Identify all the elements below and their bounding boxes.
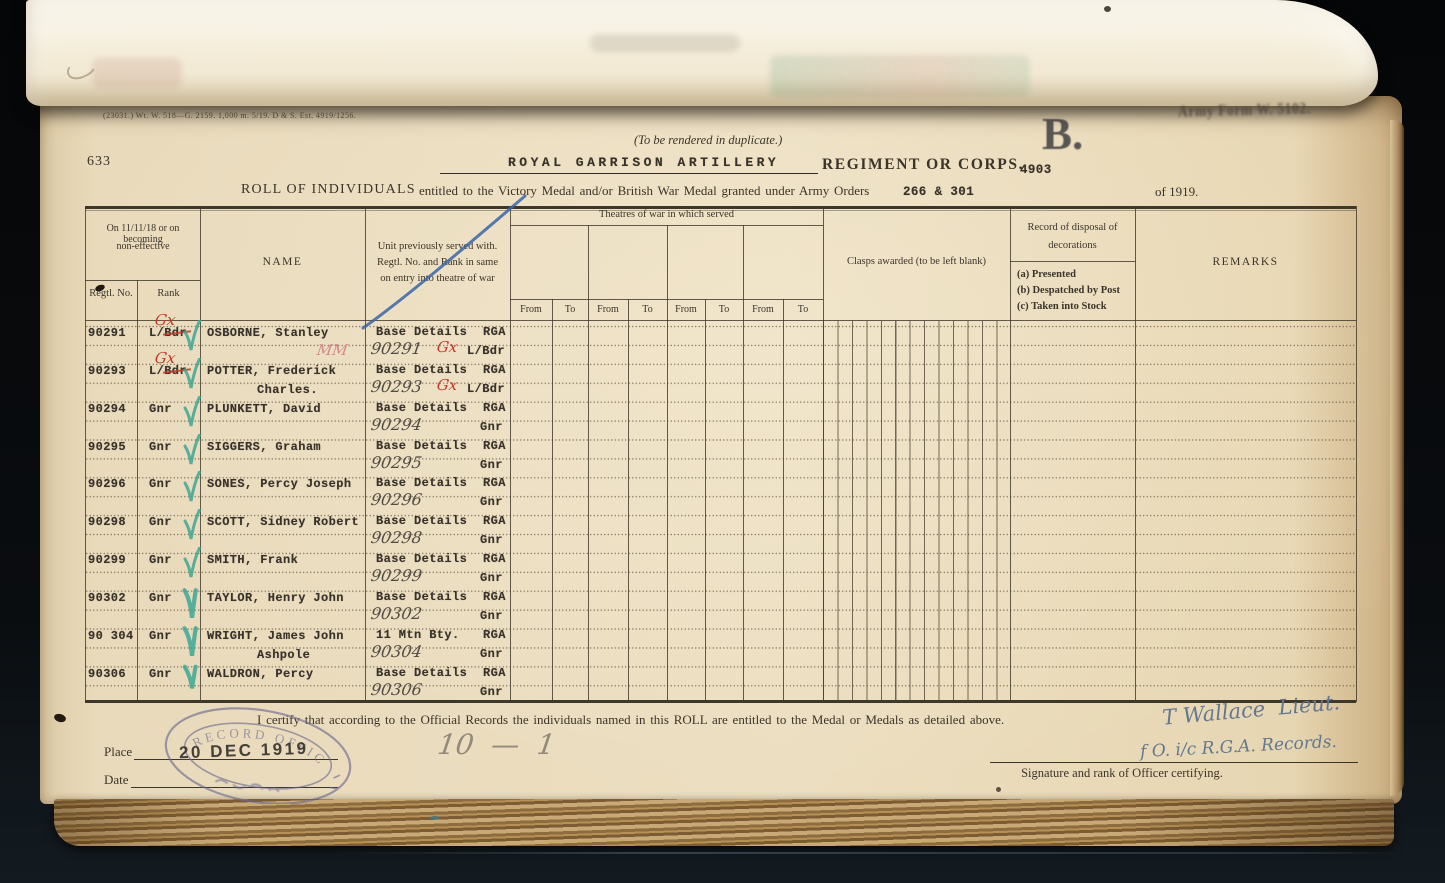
header-disposal-2: decorations	[1010, 240, 1135, 251]
hw-rank: Gnr	[480, 458, 503, 472]
showthrough-smudge	[770, 55, 1030, 97]
unit: 11 Mtn Bty.	[376, 628, 460, 642]
header-to: To	[628, 304, 667, 315]
hw-number: 90296	[370, 490, 424, 509]
rank: Gnr	[149, 440, 172, 454]
soldier-name-2: Ashpole	[257, 648, 310, 662]
regiment-label: REGIMENT OR CORPS.	[822, 156, 1024, 174]
header-bottom-line	[85, 320, 1356, 321]
hw-rank: L/Bdr	[467, 344, 505, 358]
hw-number: 90293	[370, 377, 424, 396]
check-icon	[181, 434, 203, 472]
unit: Base Details	[376, 590, 467, 604]
soldier-name: TAYLOR, Henry John	[207, 591, 344, 605]
paper-speck	[996, 787, 1001, 792]
soldier-name: POTTER, Frederick	[207, 364, 336, 378]
hw-rank: Gnr	[480, 495, 503, 509]
header-to: To	[552, 304, 588, 315]
hw-rank: Gnr	[480, 533, 503, 547]
gx-annotation: Gx	[154, 349, 177, 367]
header-effective-2: non-effective	[88, 241, 198, 252]
rank: Gnr	[149, 667, 172, 681]
header-disposal-a: (a) Presented	[1017, 269, 1076, 280]
book-cover-edge	[330, 852, 1400, 854]
hw-number: 90294	[370, 415, 424, 434]
hw-rank: Gnr	[480, 609, 503, 623]
army-form-number: Army Form W. 5102.	[1178, 99, 1311, 121]
duplicate-note: (To be rendered in duplicate.)	[634, 133, 782, 148]
regtl-no: 90293	[88, 364, 126, 378]
hw-number: 90291	[370, 339, 424, 358]
ink-speck	[430, 816, 439, 820]
soldier-name: WRIGHT, James John	[207, 629, 344, 643]
unit-corps: RGA	[483, 514, 506, 528]
regtl-no: 90298	[88, 515, 126, 529]
table-row: 90298 Gnr SCOTT, Sidney Robert Base Deta…	[85, 514, 1356, 552]
regtl-no: 90 304	[88, 629, 134, 643]
hw-gx: Gx	[436, 338, 459, 356]
unit: Base Details	[376, 476, 467, 490]
header-to: To	[783, 304, 823, 315]
hw-number: 90304	[370, 642, 424, 661]
hw-rank: L/Bdr	[467, 382, 505, 396]
unit-corps: RGA	[483, 476, 506, 490]
hw-rank: Gnr	[480, 571, 503, 585]
unit: Base Details	[376, 666, 467, 680]
table-row: 90302 Gnr TAYLOR, Henry John Base Detail…	[85, 590, 1356, 628]
unit: Base Details	[376, 325, 467, 339]
hw-rank: Gnr	[480, 420, 503, 434]
hw-gx: Gx	[436, 376, 459, 394]
date-label: Date	[104, 772, 129, 788]
table-row: 90294 Gnr PLUNKETT, David Base Details R…	[85, 401, 1356, 439]
table-row: 90295 Gnr SIGGERS, Graham Base Details R…	[85, 439, 1356, 477]
table-row: 90291 L/Bdr Gx OSBORNE, Stanley MM Base …	[85, 325, 1356, 363]
printer-code: (23031.) Wt. W. 518—G. 2159. 1,000 m. 5/…	[103, 111, 356, 120]
header-theatres: Theatres of war in which served	[510, 209, 823, 220]
regiment-underline	[440, 173, 818, 174]
roll-title-year: of 1919.	[1155, 184, 1198, 200]
header-disposal-b: (b) Despatched by Post	[1017, 285, 1120, 296]
soldier-name: SCOTT, Sidney Robert	[207, 515, 359, 529]
regtl-no: 90296	[88, 477, 126, 491]
header-name: NAME	[200, 256, 365, 268]
rank: Gnr	[149, 402, 172, 416]
unit: Base Details	[376, 363, 467, 377]
soldier-name: SIGGERS, Graham	[207, 440, 321, 454]
regtl-no: 90299	[88, 553, 126, 567]
check-icon	[181, 320, 203, 358]
unit-corps: RGA	[483, 590, 506, 604]
unit-corps: RGA	[483, 628, 506, 642]
soldier-name: SONES, Percy Joseph	[207, 477, 351, 491]
certification-text: I certify that according to the Official…	[257, 712, 1087, 728]
signature-caption: Signature and rank of Officer certifying…	[962, 766, 1282, 781]
soldier-name: WALDRON, Percy	[207, 667, 313, 681]
regtl-no: 90302	[88, 591, 126, 605]
hw-number: 90302	[370, 604, 424, 623]
check-icon	[179, 657, 205, 703]
table-row: 90306 Gnr WALDRON, Percy Base Details RG…	[85, 666, 1356, 704]
regiment-number: 4903	[1020, 163, 1052, 177]
disposal-divider	[1010, 261, 1135, 262]
unit: Base Details	[376, 514, 467, 528]
check-icon	[181, 471, 203, 509]
hw-number: 90299	[370, 566, 424, 585]
header-from: From	[667, 304, 705, 315]
regtl-no: 90306	[88, 667, 126, 681]
rank: Gnr	[149, 629, 172, 643]
signature-line	[990, 762, 1358, 763]
unit-corps: RGA	[483, 666, 506, 680]
paper-speck	[1104, 6, 1111, 12]
unit-corps: RGA	[483, 325, 506, 339]
book-fore-edge	[54, 799, 1394, 846]
hw-number: 90295	[370, 453, 424, 472]
pencil-note: 10 — 1	[436, 728, 558, 761]
unit-corps: RGA	[483, 552, 506, 566]
regtl-no: 90295	[88, 440, 126, 454]
regtl-no: 90291	[88, 326, 126, 340]
curled-page-top	[26, 0, 1378, 106]
header-remarks: REMARKS	[1135, 256, 1356, 268]
soldier-name: SMITH, Frank	[207, 553, 298, 567]
soldier-name: PLUNKETT, David	[207, 402, 321, 416]
rank: Gnr	[149, 553, 172, 567]
check-icon	[181, 358, 203, 396]
unit: Base Details	[376, 552, 467, 566]
page-number: 633	[87, 154, 111, 170]
scanned-medal-roll-page: (23031.) Wt. W. 518—G. 2159. 1,000 m. 5/…	[0, 0, 1445, 883]
effective-divider	[85, 280, 200, 281]
hw-rank: Gnr	[480, 685, 503, 699]
soldier-name-2: Charles.	[257, 383, 318, 397]
table-row: 90299 Gnr SMITH, Frank Base Details RGA …	[85, 552, 1356, 590]
regiment-title: ROYAL GARRISON ARTILLERY	[508, 155, 779, 170]
table-row: 90 304 Gnr WRIGHT, James John Ashpole 11…	[85, 628, 1356, 666]
unit: Base Details	[376, 439, 467, 453]
hw-rank: Gnr	[480, 647, 503, 661]
gx-annotation: Gx	[154, 311, 177, 329]
rank: Gnr	[149, 515, 172, 529]
page-right-edge	[1390, 120, 1404, 796]
header-rank: Rank	[137, 288, 200, 299]
regtl-no: 90294	[88, 402, 126, 416]
rank: Gnr	[149, 591, 172, 605]
header-clasps: Clasps awarded (to be left blank)	[823, 256, 1010, 267]
col-line	[1356, 206, 1357, 702]
table-row: 90293 L/Bdr Gx POTTER, Frederick Charles…	[85, 363, 1356, 401]
check-icon	[181, 396, 203, 434]
form-b-stamp: B.	[1042, 108, 1083, 160]
hw-number: 90306	[370, 680, 424, 699]
unit-corps: RGA	[483, 439, 506, 453]
header-from: From	[743, 304, 783, 315]
place-label: Place	[104, 744, 132, 760]
header-from: From	[588, 304, 628, 315]
header-regtl-no: Regtl. No.	[85, 288, 137, 299]
hw-number: 90298	[370, 528, 424, 547]
header-disposal-1: Record of disposal of	[1010, 222, 1135, 233]
unit-corps: RGA	[483, 363, 506, 377]
table-row: 90296 Gnr SONES, Percy Joseph Base Detai…	[85, 476, 1356, 514]
army-orders-number: 266 & 301	[903, 185, 974, 199]
soldier-name: OSBORNE, Stanley	[207, 326, 329, 340]
blue-pen-stroke	[355, 190, 535, 335]
header-disposal-c: (c) Taken into Stock	[1017, 301, 1107, 312]
unit-corps: RGA	[483, 401, 506, 415]
rank: Gnr	[149, 477, 172, 491]
mm-annotation: MM	[316, 341, 349, 359]
header-to: To	[705, 304, 743, 315]
unit: Base Details	[376, 401, 467, 415]
check-icon	[181, 509, 203, 547]
showthrough-smudge	[92, 58, 182, 88]
showthrough-smudge	[590, 34, 740, 52]
